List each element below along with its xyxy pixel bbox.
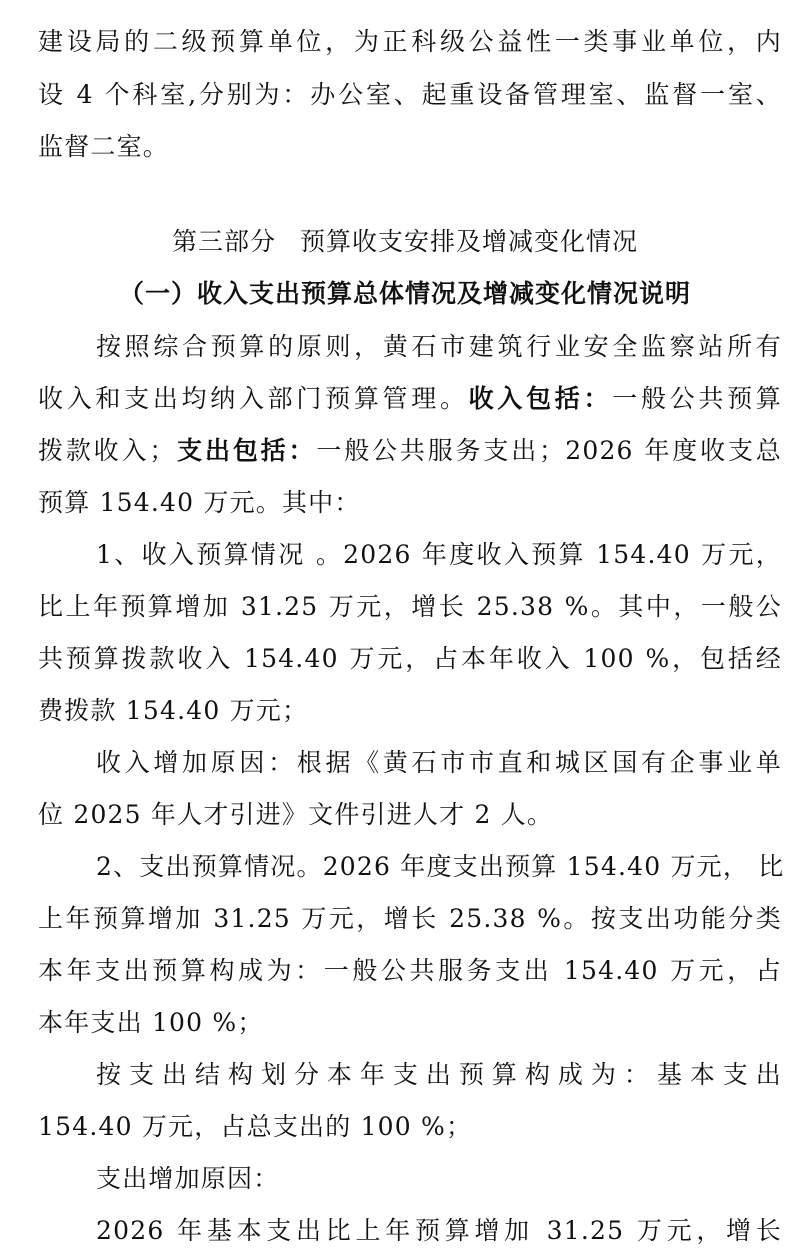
expenditure-reason-line: 2026 年基本支出比上年预算增加 31.25 万元，增长 (96, 1214, 782, 1248)
income-reason-line-1: 收入增加原因：根据《黄石市市直和城区国有企事业单 (96, 746, 782, 780)
overview-text: 拨款收入； (38, 436, 176, 465)
expenditure-line-3: 本年支出预算构成为：一般公共服务支出 154.40 万元，占 (38, 954, 782, 988)
section-title: 预算收支安排及增减变化情况 (300, 227, 638, 256)
income-line-2: 比上年预算增加 31.25 万元，增长 25.38 %。其中，一般公 (38, 590, 782, 624)
expenditure-line-1: 2、支出预算情况。2026 年度支出预算 154.40 万元， 比 (96, 850, 782, 884)
overview-text: 收入和支出均纳入部门预算管理。 (38, 384, 469, 413)
income-includes-label: 收入包括： (469, 384, 613, 413)
intro-line-1: 建设局的二级预算单位，为正科级公益性一类事业单位，内 (38, 25, 782, 59)
overview-line-1: 按照综合预算的原则，黄石市建筑行业安全监察站所有 (96, 330, 782, 364)
expenditure-line-4: 本年支出 100 %； (38, 1006, 782, 1040)
overview-text: 一般公共预算 (612, 384, 782, 413)
income-reason-line-2: 位 2025 年人才引进》文件引进人才 2 人。 (38, 798, 782, 832)
subsection-heading: （一）收入支出预算总体情况及增减变化情况说明 (0, 277, 810, 311)
expenditure-line-2: 上年预算增加 31.25 万元，增长 25.38 %。按支出功能分类 (38, 902, 782, 936)
expenditure-reason-label: 支出增加原因： (96, 1162, 782, 1196)
income-line-4: 费拨款 154.40 万元； (38, 694, 782, 728)
income-line-1: 1、收入预算情况 。2026 年度收入预算 154.40 万元， (96, 538, 782, 572)
section-heading: 第三部分预算收支安排及增减变化情况 (0, 225, 810, 259)
intro-line-2: 设 4 个科室,分别为：办公室、起重设备管理室、监督一室、 (38, 78, 782, 112)
overview-line-4: 预算 154.40 万元。其中： (38, 486, 782, 520)
overview-text: 一般公共服务支出；2026 年度收支总 (316, 436, 782, 465)
expenditure-structure-line-2: 154.40 万元，占总支出的 100 %； (38, 1110, 782, 1144)
expenditure-includes-label: 支出包括： (176, 436, 317, 465)
expenditure-structure-line-1: 按支出结构划分本年支出预算构成为：基本支出 (96, 1058, 782, 1092)
intro-line-3: 监督二室。 (38, 130, 782, 164)
income-line-3: 共预算拨款收入 154.40 万元，占本年收入 100 %，包括经 (38, 642, 782, 676)
section-part-label: 第三部分 (172, 227, 276, 256)
overview-line-3: 拨款收入；支出包括：一般公共服务支出；2026 年度收支总 (38, 434, 782, 468)
overview-line-2: 收入和支出均纳入部门预算管理。收入包括：一般公共预算 (38, 382, 782, 416)
